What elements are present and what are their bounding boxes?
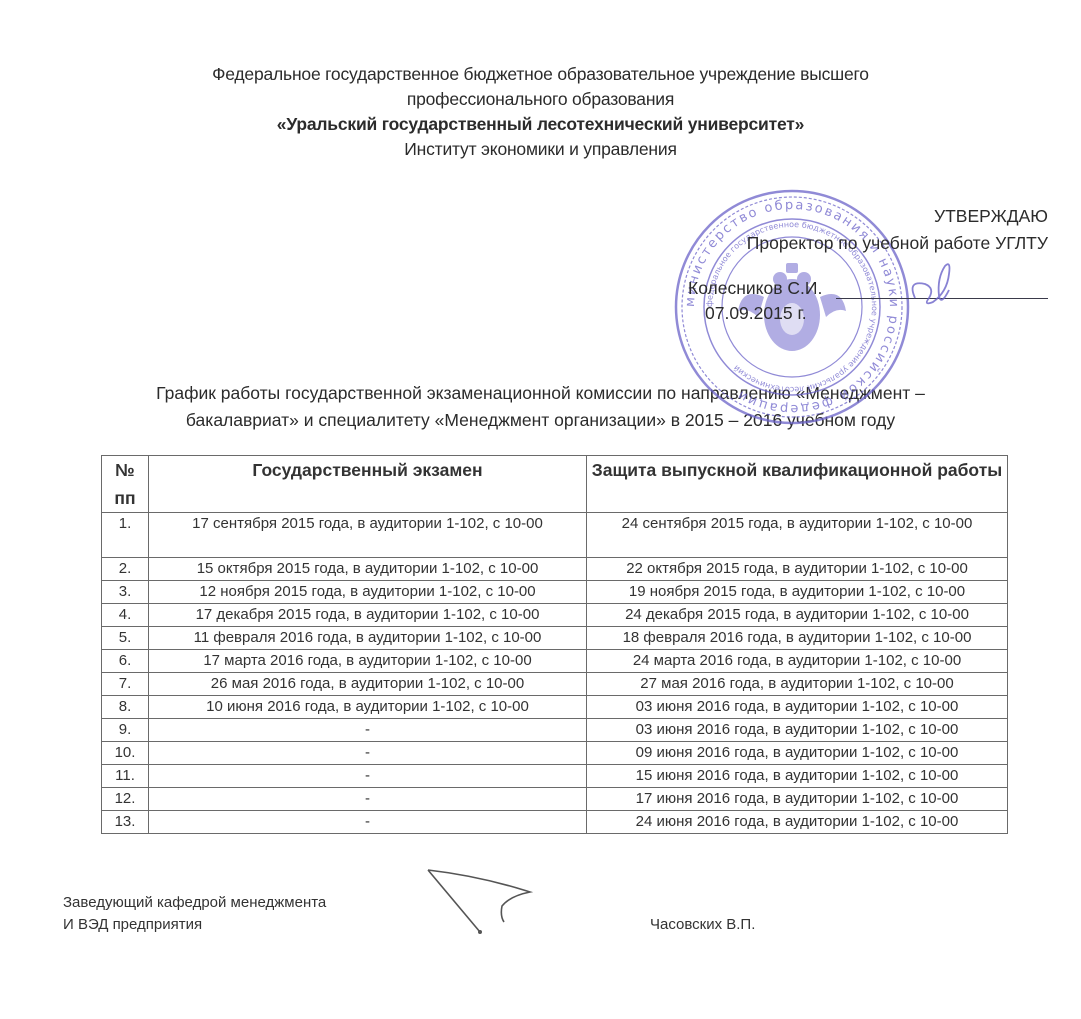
approver-name: Колесников С.И. (688, 275, 822, 302)
cell-state-exam: - (149, 742, 587, 765)
institute-name: Институт экономики и управления (0, 137, 1081, 162)
document-title-line-2: бакалавриат» и специалитету «Менеджмент … (0, 407, 1081, 434)
cell-thesis-defense: 09 июня 2016 года, в аудитории 1-102, с … (587, 742, 1008, 765)
table-row: 7.26 мая 2016 года, в аудитории 1-102, с… (102, 673, 1008, 696)
cell-number: 8. (102, 696, 149, 719)
cell-thesis-defense: 18 февраля 2016 года, в аудитории 1-102,… (587, 627, 1008, 650)
cell-state-exam: - (149, 788, 587, 811)
cell-number: 2. (102, 558, 149, 581)
cell-state-exam: 17 марта 2016 года, в аудитории 1-102, с… (149, 650, 587, 673)
organization-header: Федеральное государственное бюджетное об… (0, 62, 1081, 162)
approver-position: Проректор по учебной работе УГЛТУ (668, 230, 1048, 257)
cell-number: 7. (102, 673, 149, 696)
header-line-2: профессионального образования (0, 87, 1081, 112)
cell-number: 12. (102, 788, 149, 811)
cell-state-exam: - (149, 811, 587, 834)
cell-thesis-defense: 27 мая 2016 года, в аудитории 1-102, с 1… (587, 673, 1008, 696)
header-thesis-defense: Защита выпускной квалификационной работы (587, 456, 1008, 513)
approval-title: УТВЕРЖДАЮ (668, 203, 1048, 230)
cell-number: 1. (102, 513, 149, 558)
head-position-line-2: И ВЭД предприятия (63, 914, 326, 936)
cell-state-exam: 17 декабря 2015 года, в аудитории 1-102,… (149, 604, 587, 627)
head-signature-icon (420, 862, 550, 942)
document-title-line-1: График работы государственной экзаменаци… (0, 380, 1081, 407)
cell-number: 11. (102, 765, 149, 788)
cell-state-exam: 15 октября 2015 года, в аудитории 1-102,… (149, 558, 587, 581)
head-of-department: Заведующий кафедрой менеджмента И ВЭД пр… (63, 892, 326, 936)
table-header-row: № пп Государственный экзамен Защита выпу… (102, 456, 1008, 513)
schedule-table: № пп Государственный экзамен Защита выпу… (101, 455, 1008, 834)
cell-thesis-defense: 03 июня 2016 года, в аудитории 1-102, с … (587, 696, 1008, 719)
table-row: 8.10 июня 2016 года, в аудитории 1-102, … (102, 696, 1008, 719)
table-row: 4.17 декабря 2015 года, в аудитории 1-10… (102, 604, 1008, 627)
table-row: 2.15 октября 2015 года, в аудитории 1-10… (102, 558, 1008, 581)
cell-state-exam: 11 февраля 2016 года, в аудитории 1-102,… (149, 627, 587, 650)
head-position-line-1: Заведующий кафедрой менеджмента (63, 892, 326, 914)
cell-state-exam: - (149, 719, 587, 742)
table-row: 5.11 февраля 2016 года, в аудитории 1-10… (102, 627, 1008, 650)
header-state-exam: Государственный экзамен (149, 456, 587, 513)
table-row: 9.-03 июня 2016 года, в аудитории 1-102,… (102, 719, 1008, 742)
cell-state-exam: 10 июня 2016 года, в аудитории 1-102, с … (149, 696, 587, 719)
cell-thesis-defense: 15 июня 2016 года, в аудитории 1-102, с … (587, 765, 1008, 788)
header-line-1: Федеральное государственное бюджетное об… (0, 62, 1081, 87)
cell-number: 3. (102, 581, 149, 604)
approval-block: УТВЕРЖДАЮ Проректор по учебной работе УГ… (668, 203, 1048, 257)
header-number: № пп (102, 456, 149, 513)
cell-thesis-defense: 03 июня 2016 года, в аудитории 1-102, с … (587, 719, 1008, 742)
table-row: 10.-09 июня 2016 года, в аудитории 1-102… (102, 742, 1008, 765)
cell-state-exam: 26 мая 2016 года, в аудитории 1-102, с 1… (149, 673, 587, 696)
approver-signature-icon (905, 258, 975, 310)
cell-state-exam: - (149, 765, 587, 788)
table-row: 1.17 сентября 2015 года, в аудитории 1-1… (102, 513, 1008, 558)
cell-state-exam: 12 ноября 2015 года, в аудитории 1-102, … (149, 581, 587, 604)
table-row: 11.-15 июня 2016 года, в аудитории 1-102… (102, 765, 1008, 788)
table-row: 3.12 ноября 2015 года, в аудитории 1-102… (102, 581, 1008, 604)
cell-thesis-defense: 24 сентября 2015 года, в аудитории 1-102… (587, 513, 1008, 558)
cell-number: 9. (102, 719, 149, 742)
approver-signature-row: Колесников С.И. (688, 275, 1048, 303)
cell-thesis-defense: 24 марта 2016 года, в аудитории 1-102, с… (587, 650, 1008, 673)
cell-number: 6. (102, 650, 149, 673)
cell-thesis-defense: 19 ноября 2015 года, в аудитории 1-102, … (587, 581, 1008, 604)
cell-number: 10. (102, 742, 149, 765)
cell-thesis-defense: 24 декабря 2015 года, в аудитории 1-102,… (587, 604, 1008, 627)
table-row: 13.-24 июня 2016 года, в аудитории 1-102… (102, 811, 1008, 834)
cell-thesis-defense: 24 июня 2016 года, в аудитории 1-102, с … (587, 811, 1008, 834)
approval-date: 07.09.2015 г. (705, 300, 807, 327)
cell-number: 5. (102, 627, 149, 650)
table-row: 6.17 марта 2016 года, в аудитории 1-102,… (102, 650, 1008, 673)
cell-number: 4. (102, 604, 149, 627)
document-title: График работы государственной экзаменаци… (0, 380, 1081, 434)
document-page: Федеральное государственное бюджетное об… (0, 0, 1081, 1019)
university-name: «Уральский государственный лесотехническ… (0, 112, 1081, 137)
head-name: Часовских В.П. (650, 914, 755, 936)
cell-state-exam: 17 сентября 2015 года, в аудитории 1-102… (149, 513, 587, 558)
cell-thesis-defense: 17 июня 2016 года, в аудитории 1-102, с … (587, 788, 1008, 811)
table-row: 12.-17 июня 2016 года, в аудитории 1-102… (102, 788, 1008, 811)
cell-thesis-defense: 22 октября 2015 года, в аудитории 1-102,… (587, 558, 1008, 581)
cell-number: 13. (102, 811, 149, 834)
